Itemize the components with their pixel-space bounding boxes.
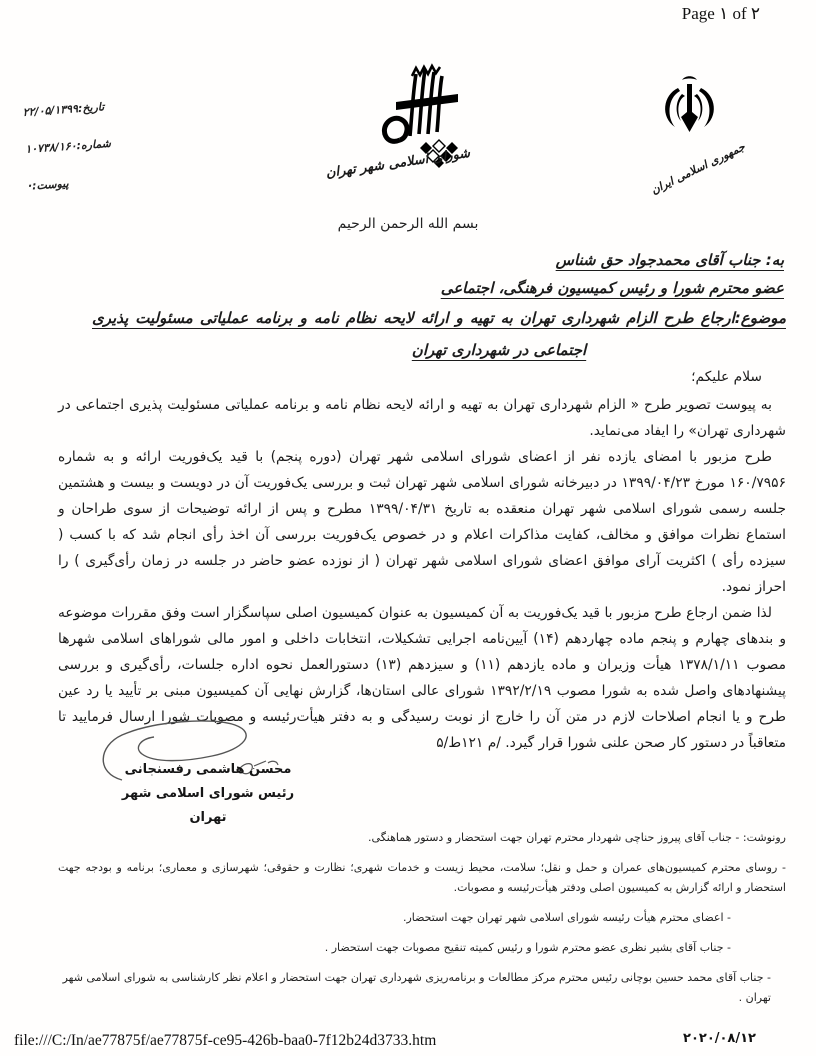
cc-item: رونوشت: - جناب آقای پیروز حناچی شهردار م… <box>58 828 786 848</box>
page-indicator: Page ۱ of ۲ <box>682 4 760 24</box>
scanned-letter-page: Page ۱ of ۲ تاریخ:۲۲/۰۵/۱۳۹۹ شماره:۱۰۷۳۸… <box>0 0 816 1056</box>
letter-body: سلام علیکم؛ به پیوست تصویر طرح « الزام ش… <box>58 364 786 756</box>
signatory-name: محسن هاشمی رفسنجانی <box>108 758 308 782</box>
bismillah-line: بسم الله الرحمن الرحیم <box>0 216 816 232</box>
print-date: ۲۰۲۰/۰۸/۱۲ <box>683 1031 756 1046</box>
letterhead-meta: تاریخ:۲۲/۰۵/۱۳۹۹ شماره:۱۰۷۳۸/۱۶۰ پیوست:· <box>22 94 197 216</box>
body-paragraph-1: به پیوست تصویر طرح « الزام شهرداری تهران… <box>58 392 786 444</box>
cc-item: - روسای محترم کمیسیون‌های عمران و حمل و … <box>58 858 786 898</box>
recipient-name-line: به: جناب آقای محمدجواد حق شناس <box>90 246 784 274</box>
subject-line-1: موضوع:ارجاع طرح الزام شهرداری تهران به ت… <box>92 302 786 334</box>
signature-block: محسن هاشمی رفسنجانی رئیس شورای اسلامی شه… <box>108 758 308 830</box>
letter-date: تاریخ:۲۲/۰۵/۱۳۹۹ <box>22 94 190 119</box>
salutation-line: سلام علیکم؛ <box>58 364 786 390</box>
body-paragraph-2: طرح مزبور با امضای یازده نفر از اعضای شو… <box>58 444 786 600</box>
cc-item: - جناب آقای محمد حسین بوچانی رئیس محترم … <box>58 968 786 1008</box>
recipient-title-line: عضو محترم شورا و رئیس کمیسیون فرهنگی، اج… <box>90 274 784 302</box>
browser-file-url: file:///C:/In/ae77875f/ae77875f-ce95-426… <box>14 1032 436 1050</box>
cc-item: - جناب آقای بشیر نظری عضو محترم شورا و ر… <box>58 938 786 958</box>
letter-number: شماره:۱۰۷۳۸/۱۶۰ <box>25 131 193 156</box>
iran-emblem-icon <box>650 72 730 150</box>
signatory-title: رئیس شورای اسلامی شهر تهران <box>108 782 308 830</box>
cc-item: - اعضای محترم هیأت رئیسه شورای اسلامی شه… <box>58 908 786 928</box>
subject-line-2: اجتماعی در شهرداری تهران <box>92 334 786 366</box>
cc-list: رونوشت: - جناب آقای پیروز حناچی شهردار م… <box>58 828 786 1018</box>
letter-attachment: پیوست:· <box>27 168 195 193</box>
recipient-block: به: جناب آقای محمدجواد حق شناس عضو محترم… <box>90 246 784 302</box>
subject-block: موضوع:ارجاع طرح الزام شهرداری تهران به ت… <box>92 302 786 366</box>
